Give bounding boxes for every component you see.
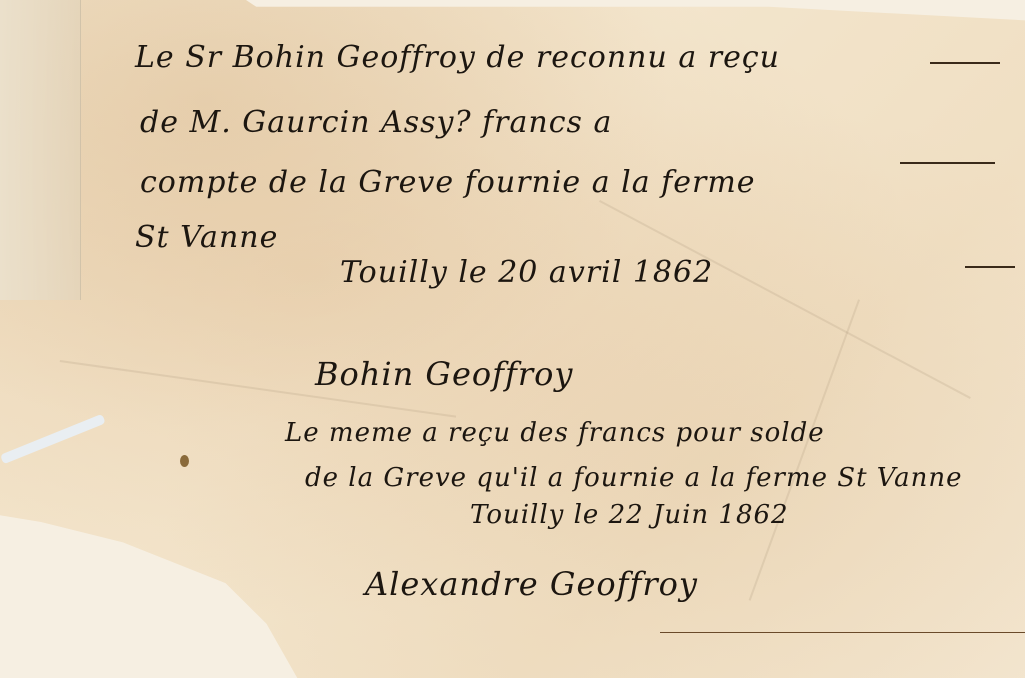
- line-flourish: [930, 62, 1000, 64]
- line-flourish: [965, 266, 1015, 268]
- receipt-line: de M. Gaurcin Assy? francs a: [140, 105, 612, 140]
- place-date: Touilly le 22 Juin 1862: [470, 500, 789, 530]
- receipt-line: de la Greve qu'il a fournie a la ferme S…: [305, 463, 963, 493]
- receipt-line: Le Sr Bohin Geoffroy de reconnu a reçu: [135, 40, 780, 75]
- signature: Alexandre Geoffroy: [365, 565, 698, 603]
- receipt-line: Le meme a reçu des francs pour solde: [285, 418, 825, 448]
- folded-corner: [0, 0, 81, 300]
- ruled-line: [660, 632, 1025, 633]
- place-date: Touilly le 20 avril 1862: [340, 255, 713, 290]
- receipt-line: compte de la Greve fournie a la ferme: [140, 165, 756, 200]
- ink-stain: [180, 455, 189, 467]
- signature: Bohin Geoffroy: [315, 355, 574, 393]
- receipt-line: St Vanne: [135, 220, 278, 255]
- line-flourish: [900, 162, 995, 164]
